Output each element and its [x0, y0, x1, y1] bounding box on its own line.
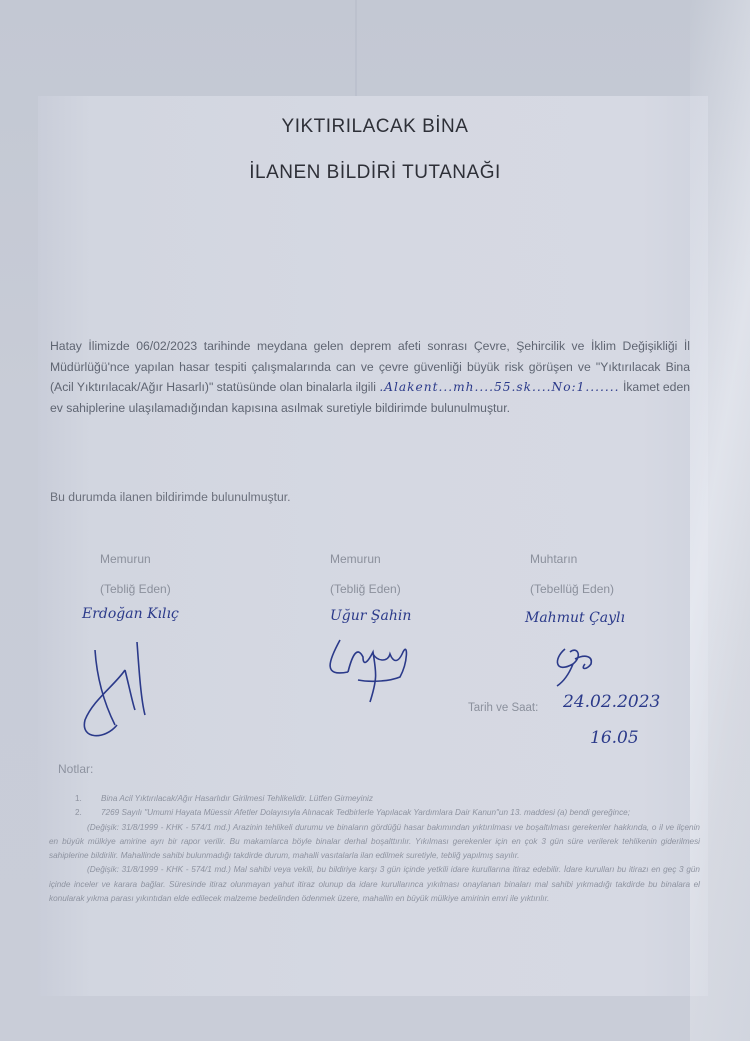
date-value: 24.02.2023 [563, 692, 660, 712]
signature-block-1: Memurun (Tebliğ Eden) [100, 552, 171, 596]
statement-text: Bu durumda ilanen bildirimde bulunulmuşt… [50, 490, 291, 504]
signer-sub: (Tebliğ Eden) [100, 582, 171, 596]
signature-block-2: Memurun (Tebliğ Eden) [330, 552, 401, 596]
signer-name-2: Uğur Şahin [330, 608, 411, 624]
signer-sub: (Tebliğ Eden) [330, 582, 401, 596]
signature-block-3: Muhtarın (Tebellüğ Eden) [530, 552, 614, 596]
signer-name-1: Erdoğan Kılıç [82, 606, 179, 622]
signature-mark-1 [75, 630, 165, 745]
note-text: Bina Acil Yıktırılacak/Ağır Hasarlıdır G… [101, 792, 373, 806]
note-number: 1. [75, 792, 101, 806]
notes-heading: Notlar: [58, 762, 93, 776]
note-text: 7269 Sayılı "Umumi Hayata Müessir Afetle… [101, 806, 630, 820]
signer-name-3: Mahmut Çaylı [525, 610, 625, 626]
signature-mark-3 [545, 634, 615, 689]
note-item: 2. 7269 Sayılı "Umumi Hayata Müessir Afe… [75, 806, 700, 820]
document-title: YIKTIRILACAK BİNA [0, 116, 750, 138]
notes-list: 1. Bina Acil Yıktırılacak/Ağır Hasarlıdı… [75, 792, 700, 906]
date-label: Tarih ve Saat: [468, 702, 538, 714]
note-paragraph-1: (Değişik: 31/8/1999 - KHK - 574/1 md.) A… [49, 821, 700, 864]
document-subtitle: İLANEN BİLDİRİ TUTANAĞI [0, 162, 750, 184]
body-paragraph: Hatay İlimizde 06/02/2023 tarihinde meyd… [50, 336, 690, 418]
signer-role: Memurun [100, 552, 171, 566]
signature-mark-2 [318, 632, 428, 707]
note-item: 1. Bina Acil Yıktırılacak/Ağır Hasarlıdı… [75, 792, 700, 806]
paper-fold [355, 0, 357, 96]
note-number: 2. [75, 806, 101, 820]
signer-role: Muhtarın [530, 552, 614, 566]
signer-sub: (Tebellüğ Eden) [530, 582, 614, 596]
signer-role: Memurun [330, 552, 401, 566]
time-value: 16.05 [590, 728, 639, 748]
handwritten-address: .Alakent...mh....55.sk....No:1....... [379, 380, 619, 394]
note-paragraph-2: (Değişik: 31/8/1999 - KHK - 574/1 md.) M… [49, 863, 700, 906]
